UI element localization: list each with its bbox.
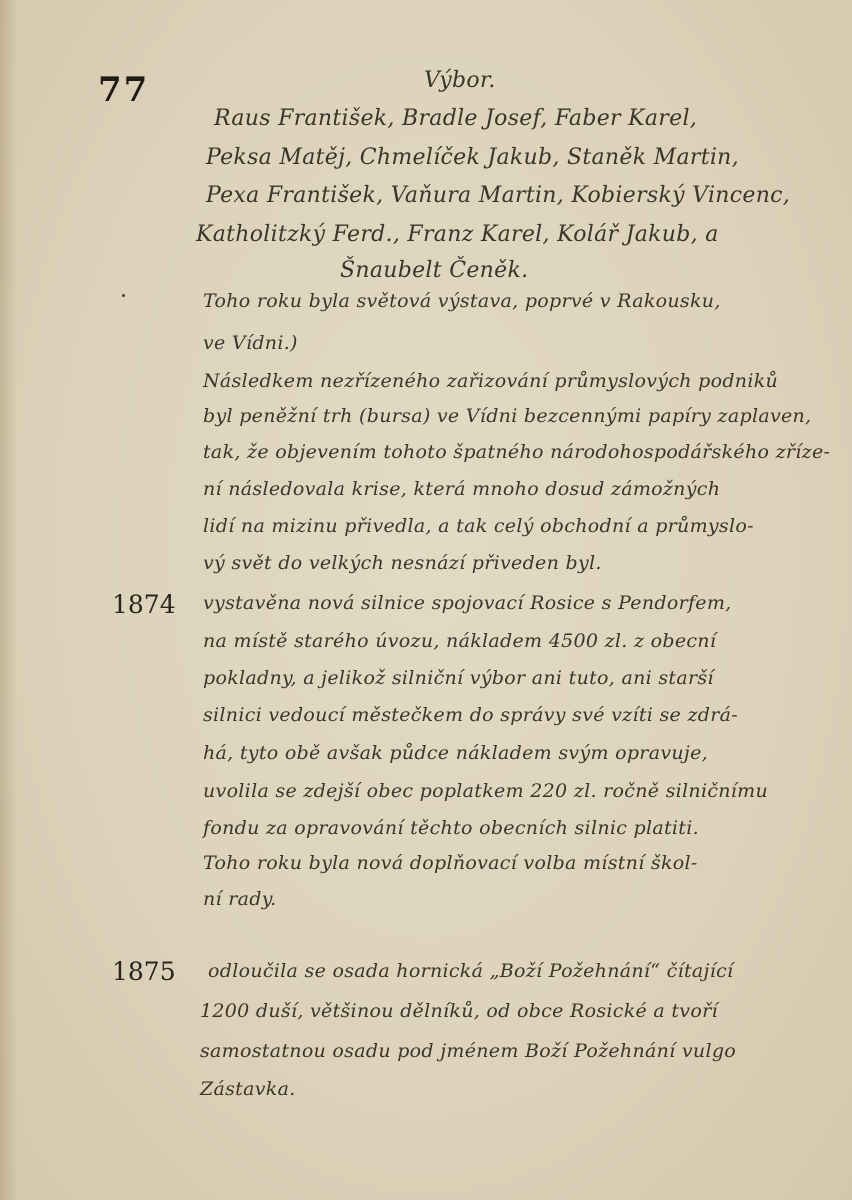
committee-line: Katholitzký Ferd., Franz Karel, Kolář Ja… <box>196 222 719 247</box>
entry-line: ní rady. <box>203 888 277 910</box>
entry-line: uvolila se zdejší obec poplatkem 220 zl.… <box>203 780 768 802</box>
entry-line: Toho roku byla světová výstava, poprvé v… <box>203 290 721 312</box>
entry-line: vystavěna nová silnice spojovací Rosice … <box>203 592 732 614</box>
page-number: 77 <box>98 70 149 110</box>
entry-line: fondu za opravování těchto obecních siln… <box>203 817 699 839</box>
entry-line: silnici vedoucí městečkem do správy své … <box>203 704 738 726</box>
entry-line: 1200 duší, většinou dělníků, od obce Ros… <box>200 1000 718 1022</box>
committee-line: Raus František, Bradle Josef, Faber Kare… <box>214 106 697 131</box>
year-1875: 1875 <box>112 957 176 986</box>
entry-line: na místě starého úvozu, nákladem 4500 zl… <box>203 630 716 652</box>
entry-line: Toho roku byla nová doplňovací volba mís… <box>203 852 698 874</box>
section-title: Výbor. <box>424 68 496 93</box>
ink-spot <box>122 294 125 297</box>
committee-line: Peksa Matěj, Chmelíček Jakub, Staněk Mar… <box>206 145 739 170</box>
entry-line: odloučila se osada hornická „Boží Požehn… <box>208 960 733 982</box>
entry-line: lidí na mizinu přivedla, a tak celý obch… <box>203 515 754 537</box>
committee-line: Šnaubelt Čeněk. <box>340 258 528 283</box>
entry-line: pokladny, a jelikož silniční výbor ani t… <box>203 667 714 689</box>
committee-line: Pexa František, Vaňura Martin, Kobierský… <box>206 183 790 208</box>
entry-line: ve Vídni.) <box>203 332 298 354</box>
entry-line: samostatnou osadu pod jménem Boží Požehn… <box>200 1040 736 1062</box>
entry-line: ní následovala krise, která mnoho dosud … <box>203 478 720 500</box>
entry-line: Následkem nezřízeného zařizování průmysl… <box>203 370 778 392</box>
entry-line: Zástavka. <box>200 1078 296 1100</box>
entry-line: há, tyto obě avšak půdce nákladem svým o… <box>203 742 708 764</box>
entry-line: byl peněžní trh (bursa) ve Vídni bezcenn… <box>203 405 811 427</box>
manuscript-page: 77 Výbor. Raus František, Bradle Josef, … <box>0 0 852 1200</box>
entry-line: tak, že objevením tohoto špatného národo… <box>203 441 830 463</box>
entry-line: vý svět do velkých nesnází přiveden byl. <box>203 552 602 574</box>
year-1874: 1874 <box>112 590 176 619</box>
